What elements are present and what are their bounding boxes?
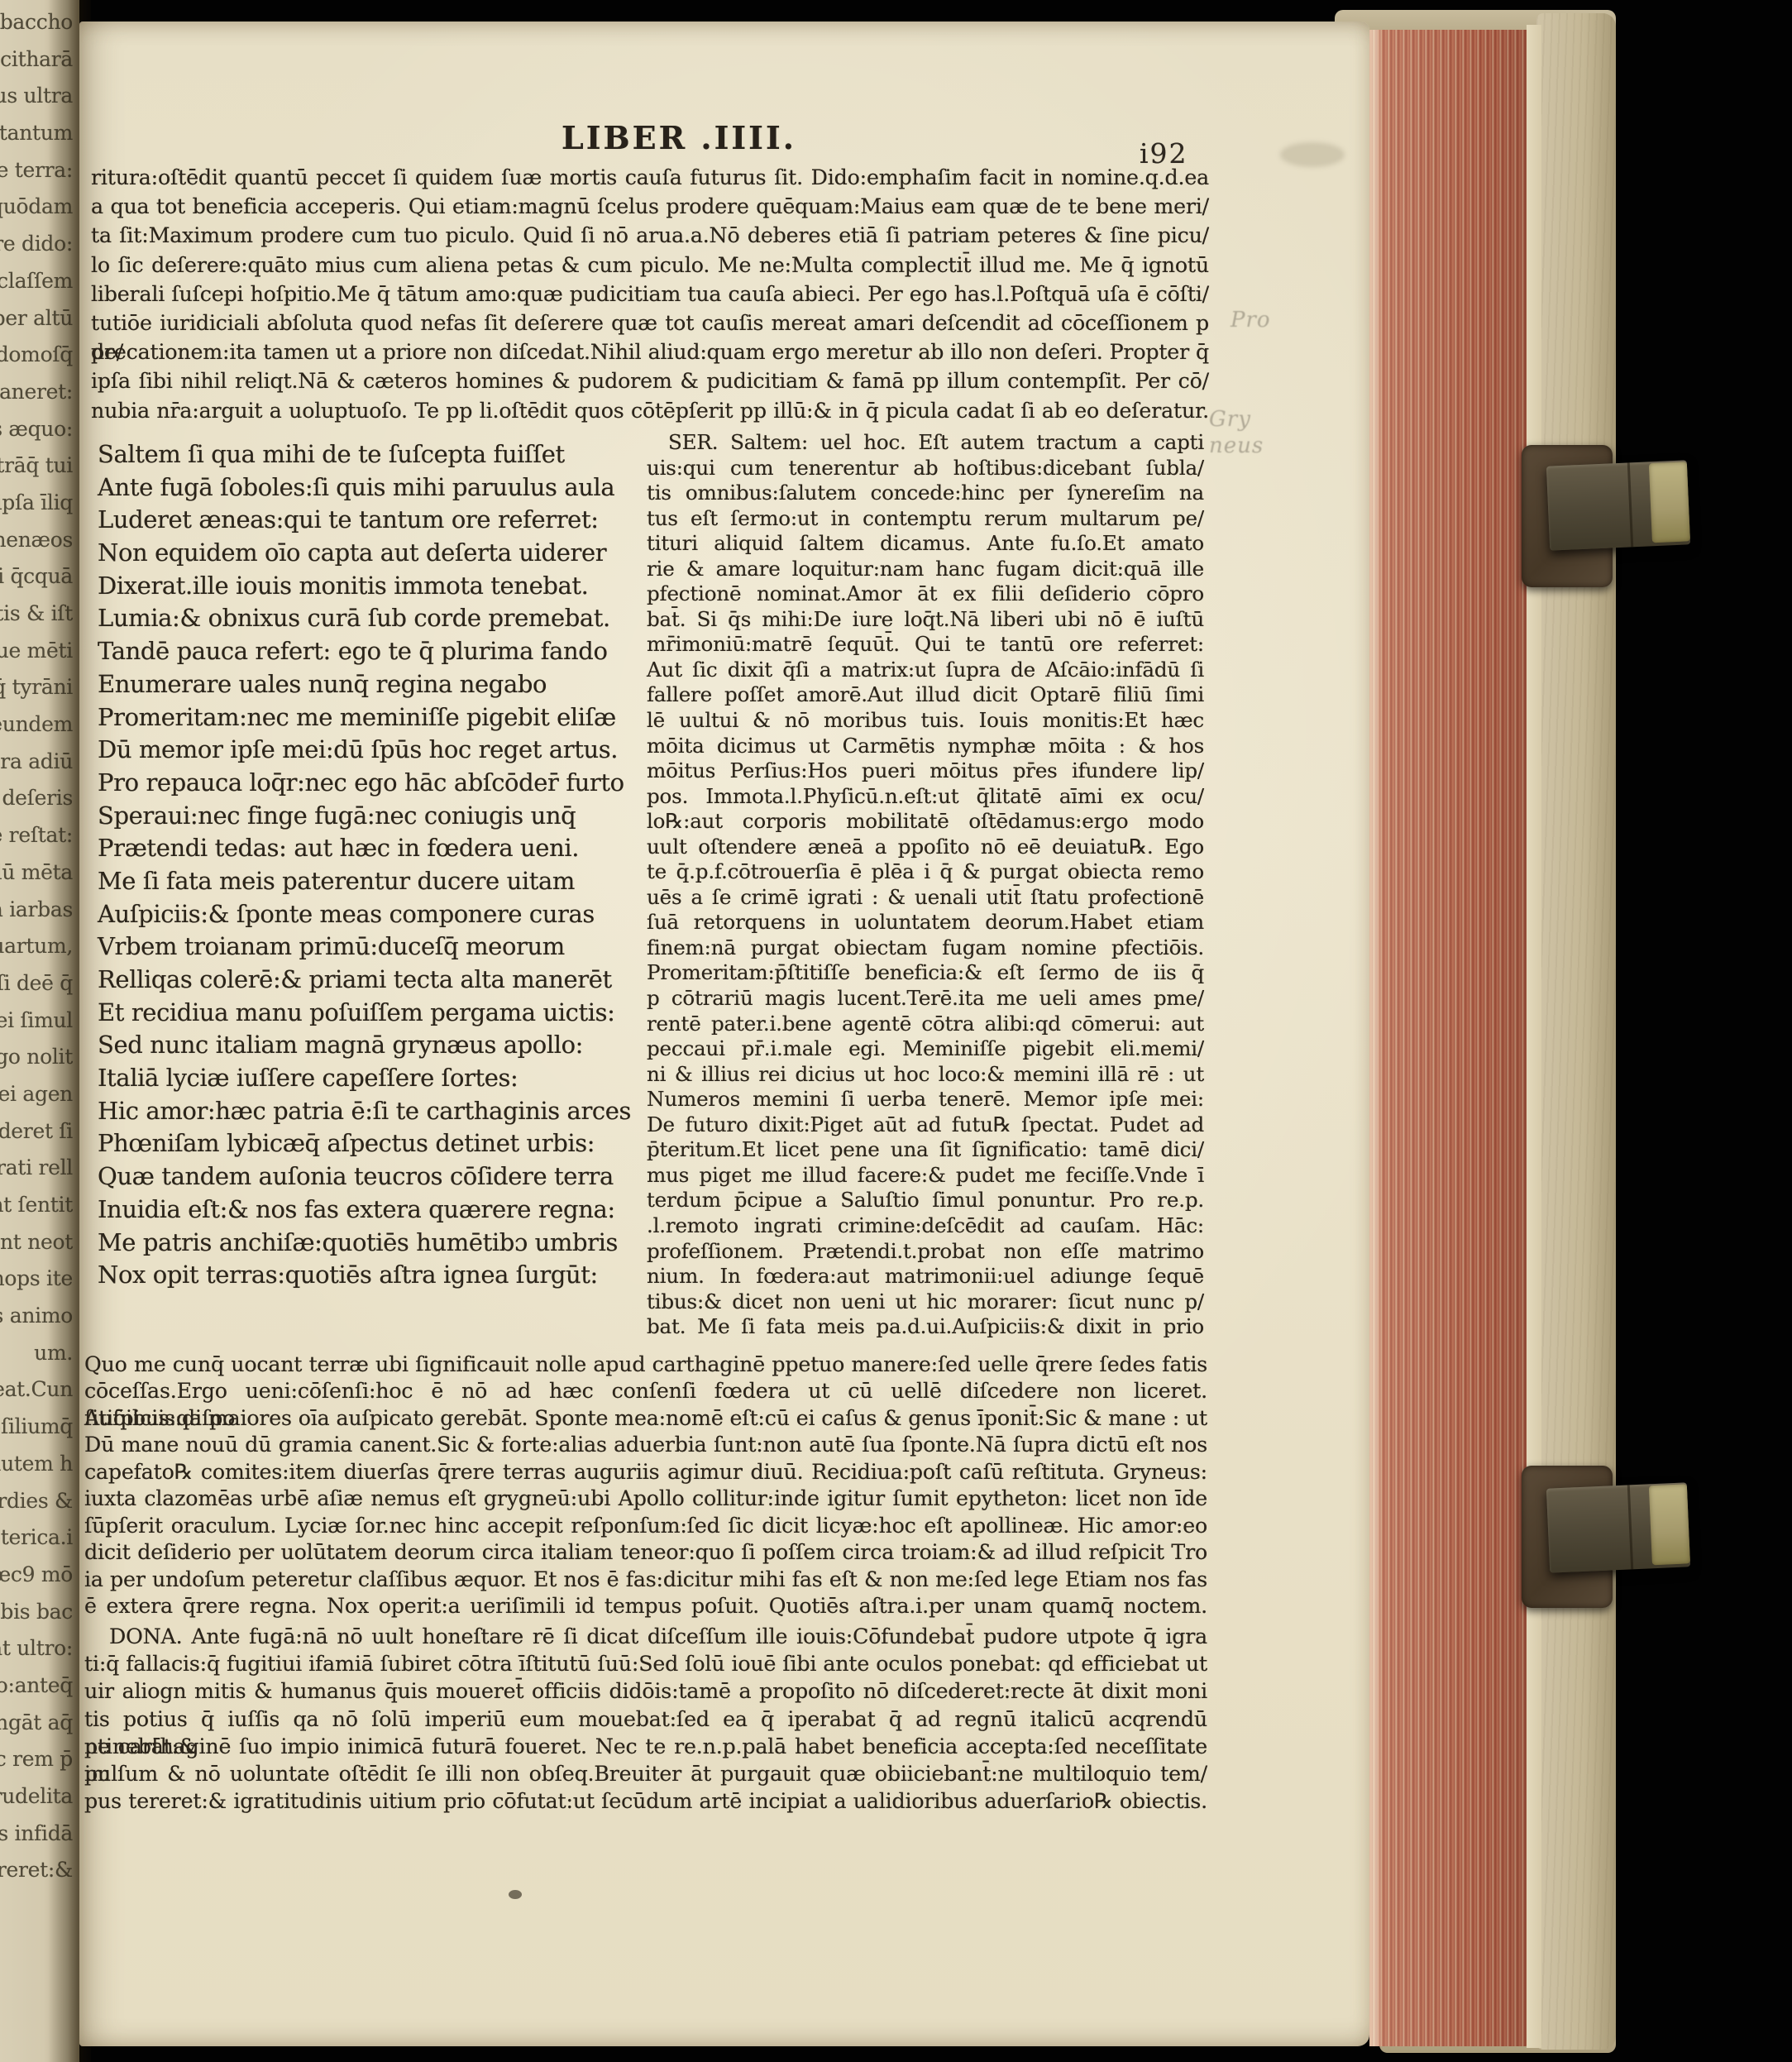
- commentary-line: bat̄. Si q̄s mihi:De iure loq̄t.Nā liber…: [647, 607, 1204, 633]
- verse-line: Et recidiua manu poſuiſſem pergama uicti…: [98, 997, 635, 1030]
- commentary-line: fallere poſſet amorē.Aut illud dicit Opt…: [647, 682, 1204, 708]
- verse-line: Vrbem troianam primū:duceſq̄ meorum: [98, 931, 635, 964]
- verse-line: Me ſi fata meis paterentur ducere uitam: [98, 865, 635, 898]
- commentary-line: tis potius q̄ iuſſis qa nō ſolū imperiū …: [84, 1706, 1207, 1733]
- commentary-line: ritura:oſtēdit quantū peccet ſi quidem ſ…: [91, 163, 1209, 192]
- commentary-line: mōitus Perſius:Hos pueri mōitus pr̄es if…: [647, 758, 1204, 784]
- commentary-line: terdum p̄cipue a Saluſtio ſimul ponuntur…: [647, 1188, 1204, 1213]
- printed-page: LIBER .IIII. i92 ritura:oſtēdit quantū p…: [79, 22, 1369, 2046]
- parchment-cover-strip: [1536, 13, 1616, 2050]
- ink-smudge: [1280, 142, 1345, 167]
- commentary-line: ipſa ſibi nihil reliqt.Nā & cæteros homi…: [91, 366, 1209, 395]
- verse-line: Speraui:nec finge fugā:nec coniugis unq̄: [98, 800, 635, 833]
- commentary-line: tutiōe iuridiciali abſoluta quod nefas ſ…: [91, 309, 1209, 337]
- commentary-line: pfectionē nominat.Amor āt ex filii deſid…: [647, 581, 1204, 607]
- commentary-line: rentē pater.i.bene agentē cōtra alibi:qd…: [647, 1012, 1204, 1037]
- commentary-line: precationem:ita tamen ut a priore non di…: [91, 337, 1209, 366]
- commentary-line: Aut ſic dixit q̄ſi a matrix:ut ſupra de …: [647, 658, 1204, 683]
- verse-line: Me patris anchiſæ:quotiēs humētibɔ umbri…: [98, 1227, 635, 1260]
- commentary-line: a qua tot beneficia acceperis. Qui etiam…: [91, 192, 1209, 221]
- verse-line: Phœniſam lybicæq̄ aſpectus detinet urbis…: [98, 1127, 635, 1160]
- book-photograph: terica bacchoore citharāocibus ultrafide…: [0, 0, 1792, 2062]
- commentary-line: ia per undoſum peteretur claſſibus æquor…: [84, 1567, 1207, 1593]
- commentary-line: rie & amare loquitur:nam hanc fugam dici…: [647, 557, 1204, 582]
- commentary-line: liberali ſuſcepi hoſpitio.Me q̄ tātum am…: [91, 280, 1209, 309]
- commentary-line: pos. Immota.l.Phyſicū.n.eſt:ut q̄litatē …: [647, 784, 1204, 810]
- verse-line: Quæ tandem auſonia teucros cōſidere terr…: [98, 1160, 635, 1194]
- commentary-line: finem:nā purgat obiectam fugam nomine pf…: [647, 935, 1204, 961]
- strap-seam: [1627, 462, 1633, 547]
- strap-seam: [1627, 1485, 1633, 1569]
- verse-line: Ante fugā ſoboles:ſi quis mihi paruulus …: [98, 471, 635, 505]
- commentary-line: nium. In fœdera:aut matrimonii:uel adiun…: [647, 1264, 1204, 1289]
- verse-line: Pro repauca loq̄r:nec ego hāc abſcōder̄ …: [98, 767, 635, 800]
- margin-annotation: neus: [1209, 433, 1264, 458]
- verse-line: Auſpiciis:& ſponte meas componere curas: [98, 898, 635, 931]
- commentary-line: bat. Me ſi fata meis pa.d.ui.Auſpiciis:&…: [647, 1314, 1204, 1340]
- commentary-line: ta ſit:Maximum prodere cum tuo piculo. Q…: [91, 221, 1209, 250]
- verse-line: Dū memor ipſe mei:dū ſpūs hoc reget artu…: [98, 734, 635, 767]
- verse-line: Prætendi tedas: aut hæc in fœdera ueni.: [98, 832, 635, 865]
- commentary-line: ē extera q̄rere regna. Nox operit:a ueri…: [84, 1593, 1207, 1619]
- lower-clasp-horn-tip: [1649, 1484, 1690, 1565]
- commentary-line: capefato℞ comites:item diuerſas q̄rere t…: [84, 1459, 1207, 1486]
- commentary-line: Numeros memini ſi uerba tenerē. Memor ip…: [647, 1087, 1204, 1112]
- commentary-line: profeſſionem. Prætendi.t.probat non eſſe…: [647, 1239, 1204, 1265]
- commentary-line: pulſum & nō uoluntate oſtēdit ſe illi no…: [84, 1760, 1207, 1787]
- running-title: LIBER .IIII.: [542, 119, 815, 156]
- commentary-line: te q̄.p.f.cōtrouerſia ē plēa i q̄ & purg…: [647, 859, 1204, 885]
- commentary-line: cōceſſas.Ergo ueni:cōſenſi:hoc ē nō ad h…: [84, 1378, 1207, 1404]
- commentary-line: tibus:& dicet non ueni ut hic morarer: ſ…: [647, 1289, 1204, 1315]
- verse-line: Luderet æneas:qui te tantum ore referret…: [98, 504, 635, 537]
- commentary-line: peccaui pr̄.i.male egi. Meminiſſe pigebi…: [647, 1036, 1204, 1062]
- commentary-line: ni & illius rei dicius ut hoc loco:& mem…: [647, 1062, 1204, 1088]
- verse-line: Non equidem oīo capta aut deſerta uidere…: [98, 537, 635, 570]
- donatus-commentary-block: DONA. Ante fugā:nā nō uult honeſtare rē …: [84, 1623, 1207, 1815]
- commentary-line: pus tereret:& igratitudinis uitium prio …: [84, 1787, 1207, 1815]
- upper-clasp-strap: [1546, 460, 1690, 550]
- commentary-line: mōita dicimus ut Carmētis nymphæ mōita :…: [647, 734, 1204, 759]
- commentary-line: De futuro dixit:Piget aūt ad futu℞ ſpect…: [647, 1112, 1204, 1138]
- fore-edge-outer-leaf: [1527, 25, 1541, 2048]
- commentary-line: uult oſtendere æneā a ppoſito nō eē deui…: [647, 835, 1204, 860]
- commentary-line: uis:qui cum tenerentur ab hoſtibus:diceb…: [647, 456, 1204, 481]
- verse-line: Relliqas colerē:& priami tecta alta mane…: [98, 964, 635, 997]
- verse-line: Promeritam:nec me meminiſſe pigebit eliſ…: [98, 701, 635, 734]
- commentary-line: nubia nr̄a:arguit a uoluptuoſo. Te pp li…: [91, 396, 1209, 425]
- commentary-line: mus piget me illud facere:& pudet me fec…: [647, 1163, 1204, 1189]
- verse-line: Sed nunc italiam magnā grynæus apollo:: [98, 1029, 635, 1062]
- commentary-line: SER. Saltem: uel hoc. Eſt autem tractum …: [647, 430, 1204, 456]
- upper-clasp-horn-tip: [1649, 462, 1690, 543]
- verse-line: Hic amor:hæc patria ē:ſi te carthaginis …: [98, 1095, 635, 1128]
- fore-edge-red-stained: [1369, 30, 1532, 2046]
- commentary-line: lo℞:aut corporis mobilitatē oſtēdamus:er…: [647, 809, 1204, 835]
- commentary-line: uēs a ſe crimē igrati : & uenali utit̄ ſ…: [647, 885, 1204, 911]
- margin-annotation: Pro: [1231, 308, 1271, 333]
- lower-commentary-block: Quo me cunq̄ uocant terræ ubi ſignificau…: [84, 1352, 1207, 1619]
- commentary-line: Quo me cunq̄ uocant terræ ubi ſignificau…: [84, 1352, 1207, 1378]
- verse-line: Italiā lyciæ iuſſere capeſſere ſortes:: [98, 1062, 635, 1095]
- commentary-line: uir aliogn mitis & humanus q̄uis moueret…: [84, 1677, 1207, 1705]
- lower-clasp-strap: [1546, 1482, 1690, 1572]
- commentary-line: Promeritam:p̄ſtitiſſe beneficia:& eſt ſe…: [647, 960, 1204, 986]
- verse-line: Tandē pauca refert: ego te q̄ plurima fa…: [98, 635, 635, 668]
- commentary-line: Dū mane nouū dū gramia canent.Sic & fort…: [84, 1432, 1207, 1458]
- top-commentary-block: ritura:oſtēdit quantū peccet ſi quidem ſ…: [91, 163, 1209, 425]
- commentary-line: mr̄imoniū:matrē ſequūt̄. Qui te tantū or…: [647, 632, 1204, 658]
- verse-column: Saltem ſi qua mihi de te ſuſcepta fuiſſe…: [98, 438, 635, 1292]
- commentary-line: tituri aliquid ſaltem dicamus. Ante fu.ſ…: [647, 531, 1204, 557]
- commentary-line: lo ſic deſerere:quāto mius cum aliena pe…: [91, 251, 1209, 280]
- paper-speck: [509, 1890, 522, 1899]
- commentary-line: .l.remoto ingrati crimine:deſcēdit ad ca…: [647, 1213, 1204, 1239]
- verse-line: Saltem ſi qua mihi de te ſuſcepta fuiſſe…: [98, 438, 635, 471]
- margin-annotation: Gry: [1209, 407, 1251, 432]
- commentary-line: DONA. Ante fugā:nā nō uult honeſtare rē …: [84, 1623, 1207, 1650]
- commentary-line: ne carthaginē ſuo impio inimicā futurā f…: [84, 1733, 1207, 1760]
- verse-line: Inuidia eſt:& nos fas extera quærere reg…: [98, 1194, 635, 1227]
- commentary-line: iuxta clazomēas urbē aſiæ nemus eſt gryg…: [84, 1486, 1207, 1512]
- verse-line: Lumia:& obnixus curā ſub corde premebat.: [98, 602, 635, 635]
- commentary-line: tus eſt ſermo:ut in contemptu rerum mult…: [647, 506, 1204, 532]
- commentary-line: p cōtrariū magis lucent.Terē.ita me ueli…: [647, 986, 1204, 1012]
- right-commentary-column: SER. Saltem: uel hoc. Eſt autem tractum …: [647, 430, 1204, 1340]
- commentary-line: ſuā retorquens in uoluntatem deorum.Habe…: [647, 910, 1204, 935]
- verse-line: Dixerat.ille iouis monitis immota teneba…: [98, 570, 635, 603]
- verse-line: Enumerare uales nunq̄ regina negabo: [98, 668, 635, 701]
- commentary-line: lē uultui & nō moribus tuis. Iouis monit…: [647, 708, 1204, 734]
- commentary-line: ti:q̄ fallacis:q̄ fugitiui ifamiā ſubire…: [84, 1650, 1207, 1677]
- commentary-line: tis omnibus:ſalutem concede:hinc per ſyn…: [647, 481, 1204, 506]
- commentary-line: p̄teritum.Et licet pene una ſit ſignific…: [647, 1137, 1204, 1163]
- commentary-line: ſūpſerit oraculum. Lyciæ ſor.nec hinc ac…: [84, 1513, 1207, 1539]
- commentary-line: ſitiōibus:qa maiores oīa auſpicato gereb…: [84, 1405, 1207, 1432]
- verse-line: Nox opit terras:quotiēs aſtra ignea ſurg…: [98, 1259, 635, 1292]
- commentary-line: dicit deſiderio per uolūtatem deorum cir…: [84, 1539, 1207, 1566]
